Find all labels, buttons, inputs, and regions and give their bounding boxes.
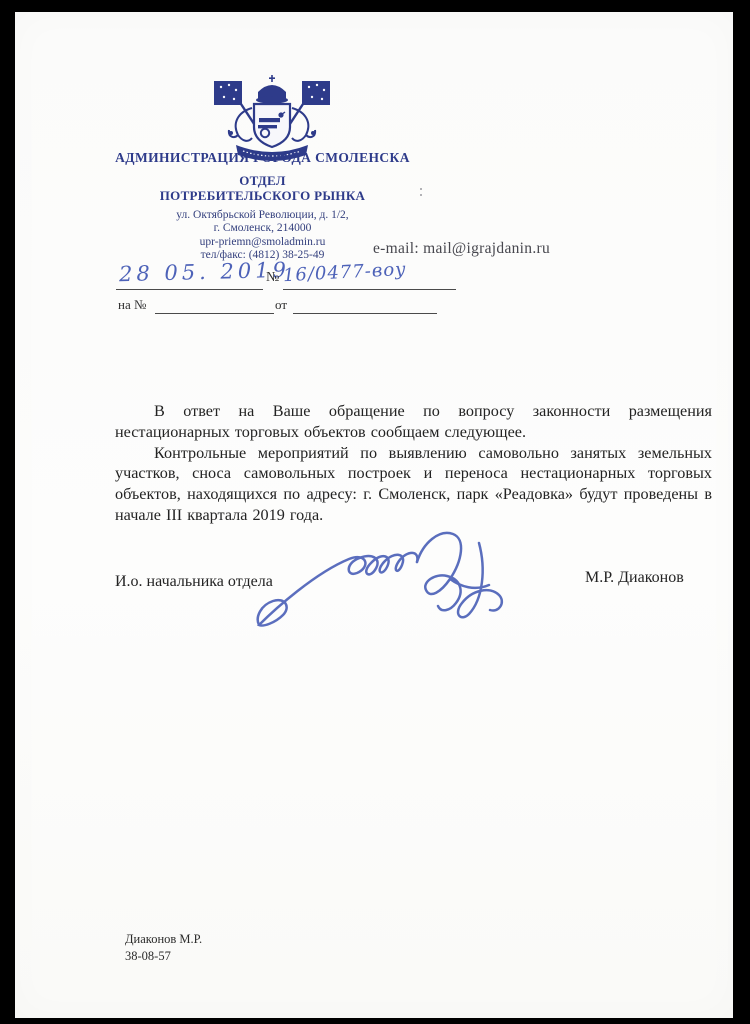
date-underline: [116, 289, 263, 290]
number-sign-label: №: [266, 270, 279, 286]
email-overlay-text: e-mail: mail@igrajdanin.ru: [373, 240, 653, 262]
letter-page: АДМИНИСТРАЦИЯ ГОРОДА СМОЛЕНСКА ОТДЕЛ ПОТ…: [15, 12, 733, 1018]
department-line-2: ПОТРЕБИТЕЛЬСКОГО РЫНКА: [25, 188, 500, 203]
body-paragraph-2: Контрольные мероприятий по выявлению сам…: [115, 443, 712, 526]
scan-black-frame: АДМИНИСТРАЦИЯ ГОРОДА СМОЛЕНСКА ОТДЕЛ ПОТ…: [0, 0, 750, 1024]
signer-name: М.Р. Диаконов: [585, 569, 684, 587]
reply-to-number-label: на №: [118, 297, 146, 313]
signature-scribble: [245, 525, 535, 650]
body-paragraph-1: В ответ на Ваше обращение по вопросу зак…: [115, 401, 712, 443]
executor-block: Диаконов М.Р. 38-08-57: [125, 931, 202, 965]
reply-number-underline: [155, 313, 274, 314]
reply-date-underline: [293, 313, 437, 314]
executor-name: Диаконов М.Р.: [125, 931, 202, 948]
email-overlay-fade: [373, 257, 653, 262]
handwritten-number: 16/0477-воу: [283, 259, 408, 286]
scan-artifact: [420, 188, 423, 198]
organization-name: АДМИНИСТРАЦИЯ ГОРОДА СМОЛЕНСКА: [25, 150, 500, 166]
address-city: г. Смоленск, 214000: [25, 222, 500, 235]
number-underline: [283, 289, 456, 290]
handwritten-date: 28 05. 2019: [119, 258, 290, 286]
address-street: ул. Октябрьской Революции, д. 1/2,: [25, 209, 500, 222]
executor-phone: 38-08-57: [125, 948, 202, 965]
letter-body: В ответ на Ваше обращение по вопросу зак…: [115, 401, 712, 526]
reply-from-date-label: от: [275, 297, 287, 313]
department-line-1: ОТДЕЛ: [25, 173, 500, 188]
